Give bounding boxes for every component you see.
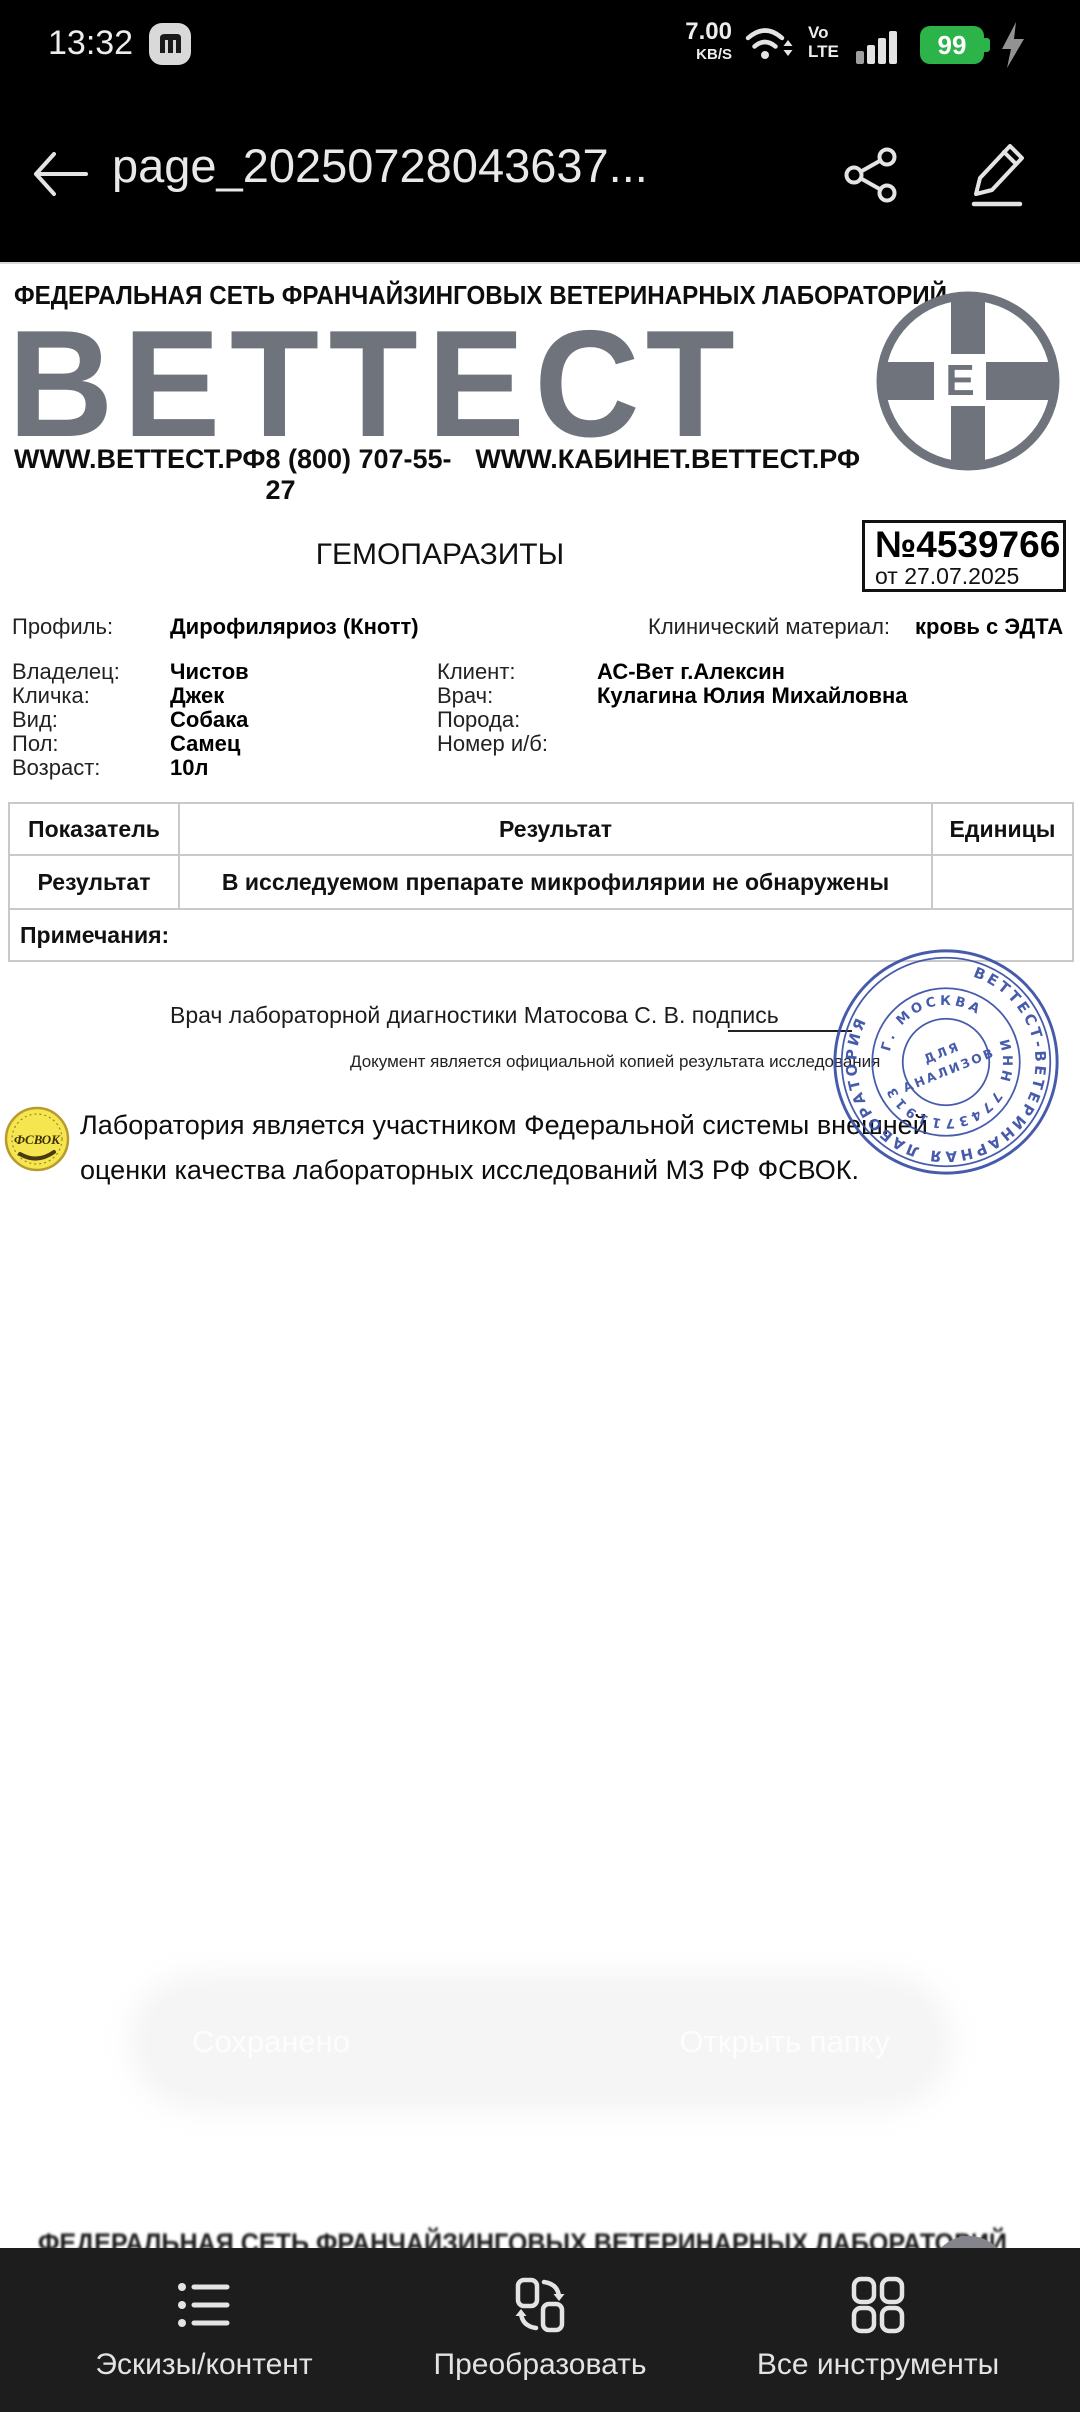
- status-bar: 13:32 7.00 KB/S Vo LTE: [0, 0, 1080, 90]
- convert-icon: [511, 2276, 569, 2334]
- petname-label: Кличка:: [12, 683, 90, 709]
- share-button[interactable]: [842, 146, 900, 204]
- notification-app-icon: [148, 22, 192, 66]
- sex-value: Самец: [170, 731, 240, 757]
- convert-button[interactable]: Преобразовать: [375, 2248, 705, 2412]
- thumbnails-content-label: Эскизы/контент: [95, 2348, 312, 2382]
- document-title: page_20250728043637...: [112, 138, 812, 193]
- material-label: Клинический материал:: [648, 614, 890, 640]
- petname-value: Джек: [170, 683, 224, 709]
- edit-button[interactable]: [966, 140, 1030, 210]
- brand-wordmark: ВЕТТЕСТ: [8, 308, 744, 460]
- result-row-value: В исследуемом препарате микрофилярии не …: [179, 855, 932, 909]
- table-header-row: Показатель Результат Единицы: [9, 803, 1073, 855]
- client-label: Клиент:: [437, 659, 516, 685]
- col-units: Единицы: [932, 803, 1073, 855]
- result-row-units: [932, 855, 1073, 909]
- profile-label: Профиль:: [12, 614, 113, 640]
- charging-bolt-icon: [1000, 22, 1026, 73]
- vet-value: Кулагина Юлия Михайловна: [597, 683, 908, 709]
- phone-screen: 13:32 7.00 KB/S Vo LTE: [0, 0, 1080, 2412]
- client-value: АС-Вет г.Алексин: [597, 659, 785, 685]
- network-speed-value: 7.00: [648, 20, 732, 44]
- toast-message: Сохранено: [192, 2024, 350, 2060]
- report-number-box: №4539766 от 27.07.2025: [862, 520, 1066, 592]
- convert-label: Преобразовать: [434, 2348, 647, 2382]
- logo-letter: E: [945, 356, 974, 405]
- report-number: №4539766: [875, 525, 1053, 564]
- pdf-page[interactable]: ФЕДЕРАЛЬНАЯ СЕТЬ ФРАНЧАЙЗИНГОВЫХ ВЕТЕРИН…: [0, 262, 1080, 2412]
- volte-bottom: LTE: [808, 42, 839, 61]
- material-value: кровь с ЭДТА: [915, 614, 1063, 640]
- cabinet-url: WWW.КАБИНЕТ.ВЕТТЕСТ.РФ: [475, 444, 860, 506]
- phone-number: 8 (800) 707-55-27: [265, 444, 475, 506]
- back-button[interactable]: [28, 146, 92, 202]
- all-tools-label: Все инструменты: [757, 2348, 999, 2382]
- contacts-row: WWW.ВЕТТЕСТ.РФ 8 (800) 707-55-27 WWW.КАБ…: [14, 444, 860, 506]
- all-tools-grid-icon: [849, 2276, 907, 2334]
- breed-label: Порода:: [437, 707, 520, 733]
- results-table: Показатель Результат Единицы Результат В…: [8, 802, 1074, 962]
- col-result: Результат: [179, 803, 932, 855]
- save-toast: Сохранено Открыть папку: [146, 1990, 936, 2094]
- table-row: Результат В исследуемом препарате микроф…: [9, 855, 1073, 909]
- report-date: от 27.07.2025: [875, 564, 1053, 589]
- wifi-icon: [744, 22, 796, 71]
- species-label: Вид:: [12, 707, 58, 733]
- fsvok-text-line2: оценки качества лабораторных исследовани…: [80, 1155, 859, 1186]
- svg-text:Г. МОСКВА: Г. МОСКВА: [867, 977, 988, 1057]
- network-speed: 7.00 KB/S: [648, 20, 732, 62]
- profile-value: Дирофиляриоз (Кнотт): [170, 614, 419, 640]
- clock: 13:32: [48, 24, 133, 63]
- stamp-city-text: Г. МОСКВА: [867, 977, 988, 1057]
- case-number-label: Номер и/б:: [437, 731, 548, 757]
- thumbnails-list-icon: [175, 2276, 233, 2334]
- vet-label: Врач:: [437, 683, 493, 709]
- volte-top: Vo: [808, 23, 839, 42]
- age-label: Возраст:: [12, 755, 100, 781]
- app-bar: page_20250728043637...: [0, 90, 1080, 262]
- all-tools-button[interactable]: Все инструменты: [713, 2248, 1043, 2412]
- vettest-logo: E: [872, 288, 1064, 479]
- col-indicator: Показатель: [9, 803, 179, 855]
- result-row-label: Результат: [9, 855, 179, 909]
- age-value: 10л: [170, 755, 208, 781]
- fsvok-text-line1: Лаборатория является участником Федераль…: [80, 1110, 928, 1141]
- owner-value: Чистов: [170, 659, 249, 685]
- fsvok-badge-label: ФСВОК: [14, 1132, 61, 1147]
- fsvok-badge-icon: ФСВОК: [4, 1106, 70, 1177]
- network-speed-unit: KB/S: [648, 47, 732, 62]
- signal-strength-icon: [856, 26, 906, 71]
- signature-line-text: Врач лабораторной диагностики Матосова С…: [170, 1002, 779, 1029]
- toast-open-folder-button[interactable]: Открыть папку: [679, 2024, 890, 2060]
- report-title: ГЕМОПАРАЗИТЫ: [0, 538, 880, 572]
- site-url: WWW.ВЕТТЕСТ.РФ: [14, 444, 265, 506]
- species-value: Собака: [170, 707, 248, 733]
- official-copy-note: Документ является официальной копией рез…: [350, 1052, 880, 1072]
- thumbnails-content-button[interactable]: Эскизы/контент: [39, 2248, 369, 2412]
- sex-label: Пол:: [12, 731, 59, 757]
- volte-indicator: Vo LTE: [808, 23, 839, 61]
- bottom-toolbar: Эскизы/контент Преобразовать: [0, 2248, 1080, 2412]
- owner-label: Владелец:: [12, 659, 120, 685]
- battery-indicator: 99: [920, 26, 984, 64]
